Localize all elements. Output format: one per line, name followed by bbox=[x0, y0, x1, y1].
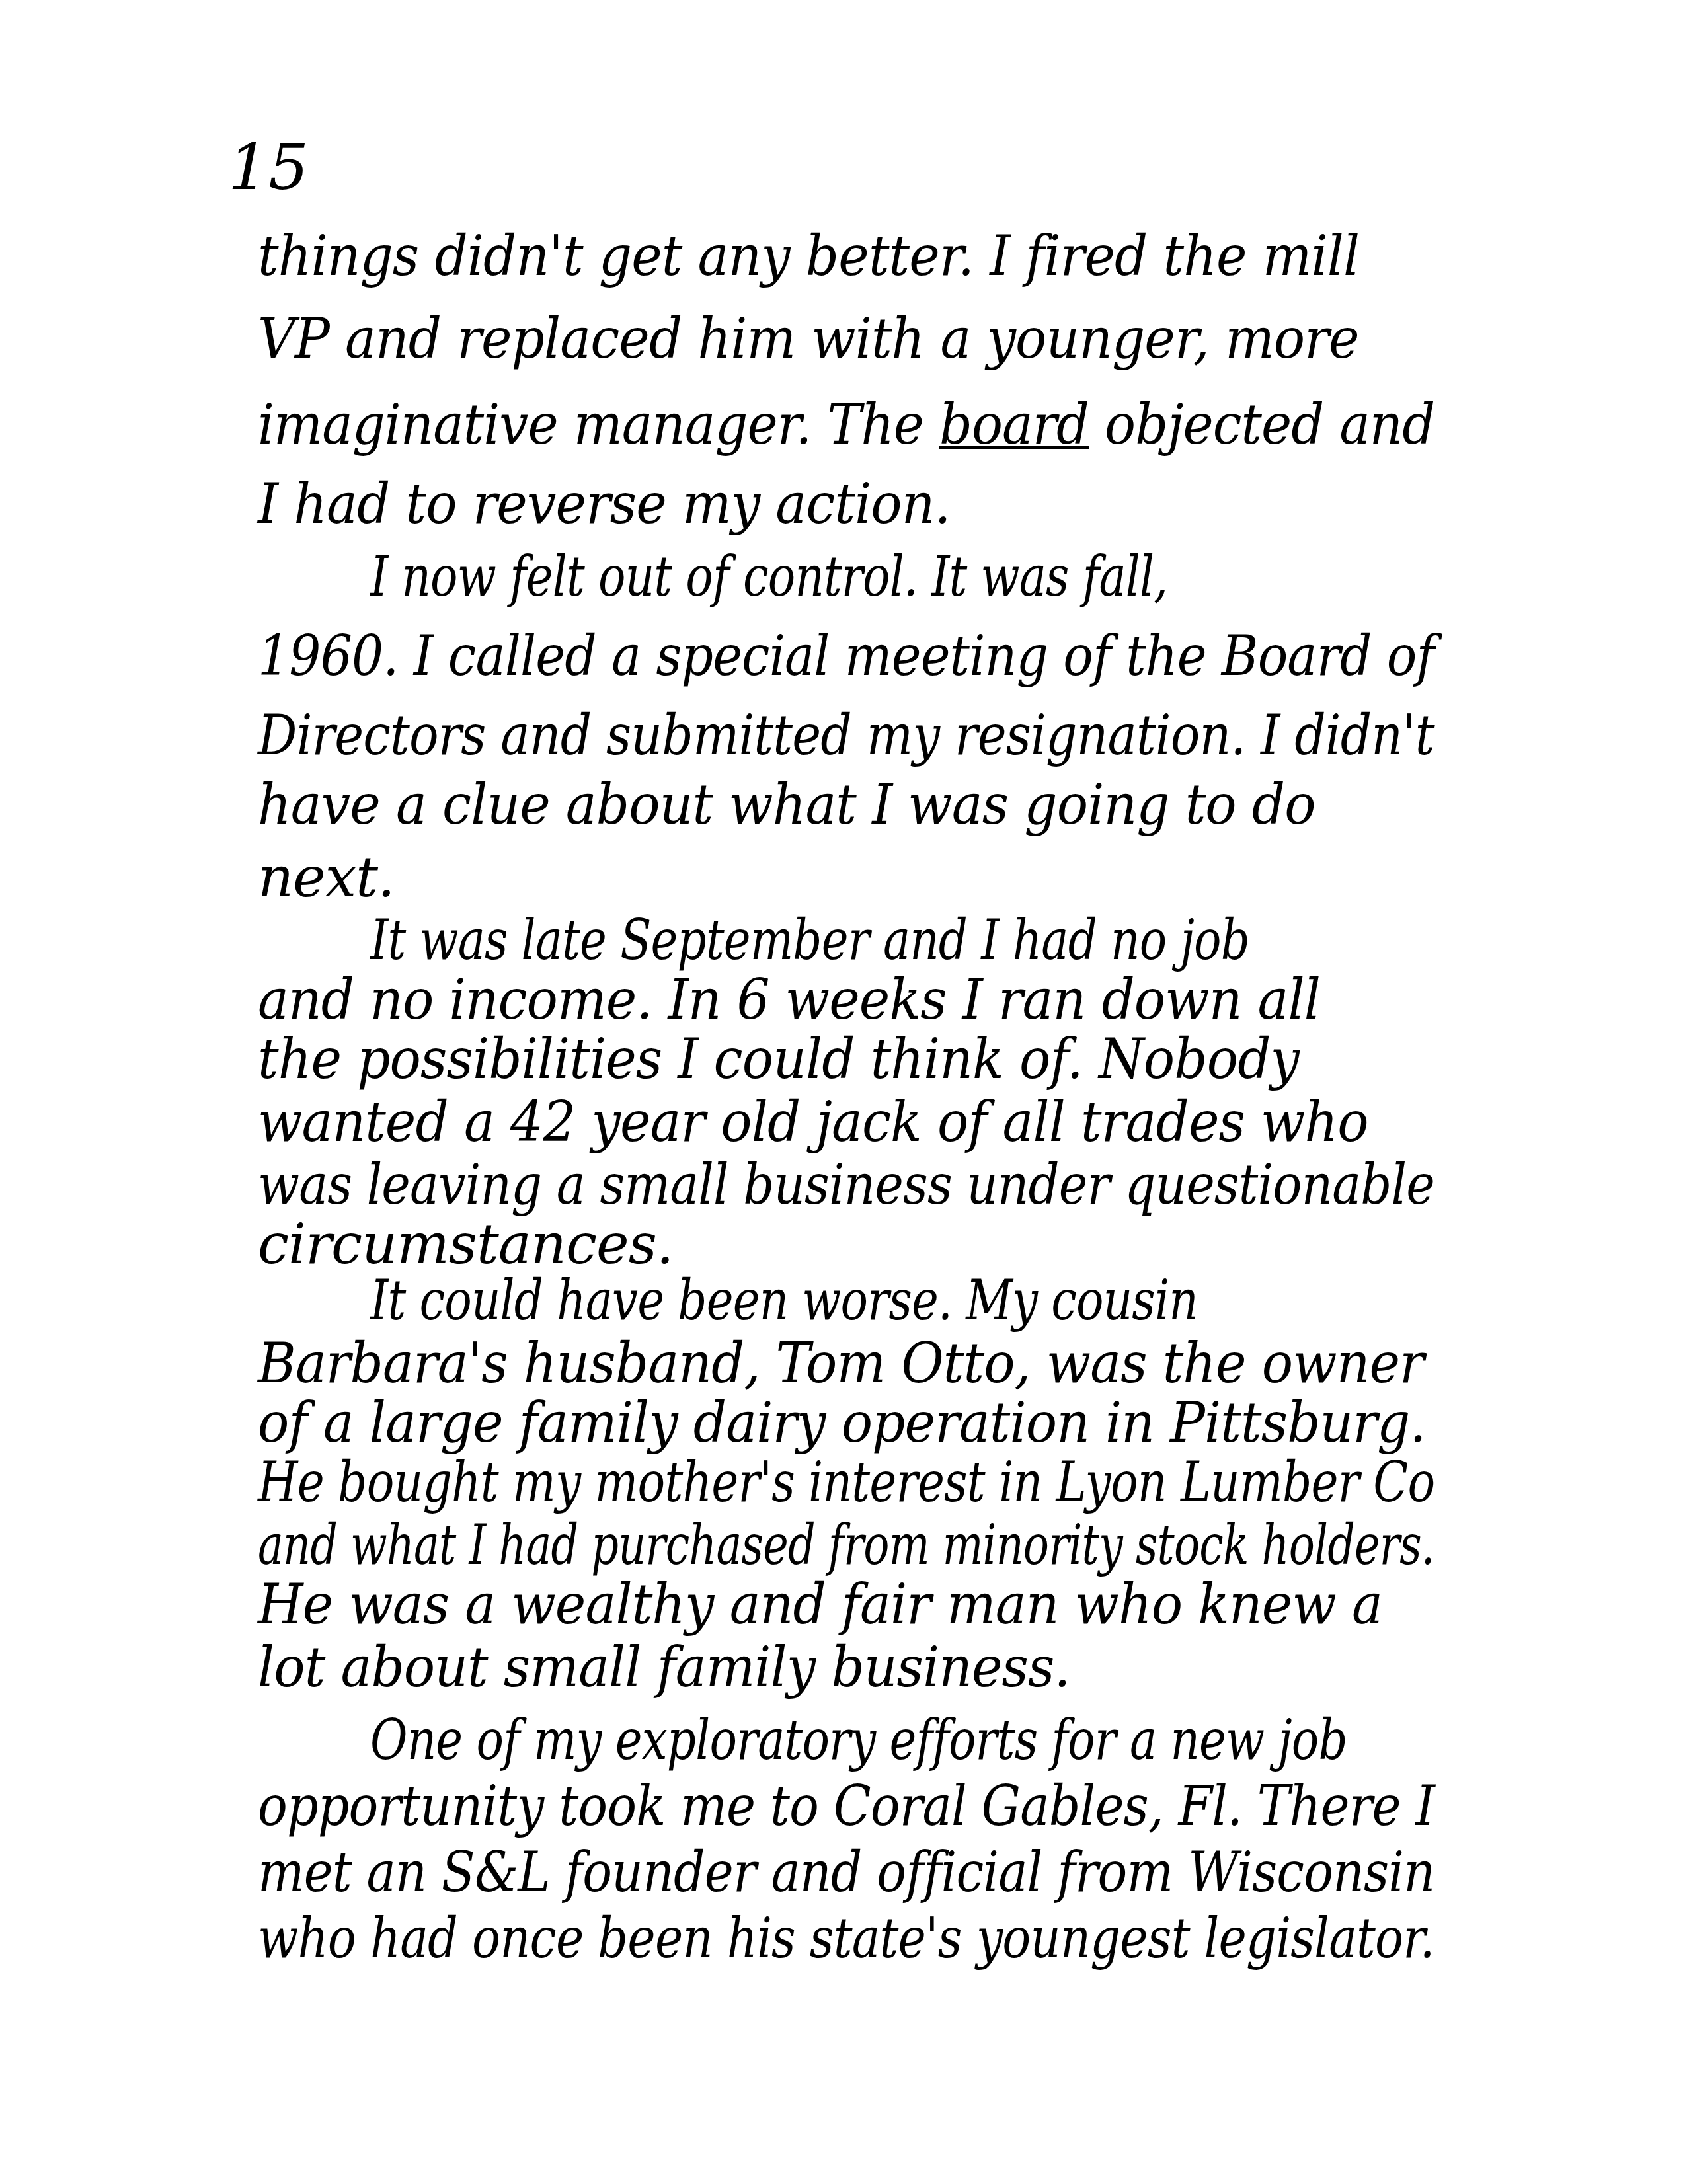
paragraph-start-line: I now felt out of control. It was fall, bbox=[370, 549, 1401, 604]
text-line: wanted a 42 year old jack of all trades … bbox=[258, 1094, 1434, 1150]
paragraph-start-line: One of my exploratory efforts for a new … bbox=[370, 1712, 1401, 1768]
text-line: opportunity took me to Coral Gables, Fl.… bbox=[258, 1778, 1371, 1834]
text-line: He bought my mother's interest in Lyon L… bbox=[258, 1454, 1295, 1510]
text-line: things didn't get any better. I fired th… bbox=[258, 228, 1434, 284]
text-line: Barbara's husband, Tom Otto, was the own… bbox=[258, 1335, 1434, 1391]
text-line: met an S&L founder and official from Wis… bbox=[258, 1844, 1370, 1900]
text-line: and what I had purchased from minority s… bbox=[258, 1517, 1231, 1573]
text-line: have a clue about what I was going to do bbox=[258, 777, 1434, 832]
text-line: 1960. I called a special meeting of the … bbox=[258, 628, 1391, 683]
text-line: I had to reverse my action. bbox=[258, 476, 1434, 531]
paragraph-start-line: It was late September and I had no job bbox=[370, 912, 1401, 968]
page-number: 15 bbox=[228, 136, 309, 199]
text-line: He was a wealthy and fair man who knew a bbox=[258, 1577, 1434, 1632]
text-line: imaginative manager. The board objected … bbox=[258, 397, 1425, 452]
text-line: lot about small family business. bbox=[258, 1639, 1434, 1695]
text-line: VP and replaced him with a younger, more bbox=[258, 311, 1434, 366]
text-line: the possibilities I could think of. Nobo… bbox=[258, 1031, 1434, 1087]
text-line: next. bbox=[258, 849, 1514, 905]
underlined-word: board bbox=[939, 392, 1089, 457]
text-line: Directors and submitted my resignation. … bbox=[258, 707, 1368, 763]
text-line: and no income. In 6 weeks I ran down all bbox=[258, 972, 1434, 1027]
text-line: who had once been his state's youngest l… bbox=[258, 1910, 1329, 1966]
handwritten-page: 15 things didn't get any better. I fired… bbox=[0, 0, 1687, 2184]
text-line: of a large family dairy operation in Pit… bbox=[258, 1395, 1434, 1450]
paragraph-start-line: It could have been worse. My cousin bbox=[370, 1272, 1401, 1328]
text-line: was leaving a small business under quest… bbox=[258, 1157, 1359, 1212]
text-line: circumstances. bbox=[258, 1216, 1514, 1272]
